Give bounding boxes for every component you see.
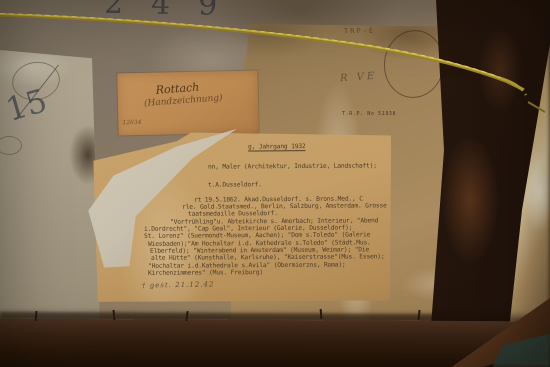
photo-back-of-frame: 249 15 TRP-E R VE T.R.P. No 51938 Rottac… [0,0,550,367]
photo-vignette [0,0,550,367]
